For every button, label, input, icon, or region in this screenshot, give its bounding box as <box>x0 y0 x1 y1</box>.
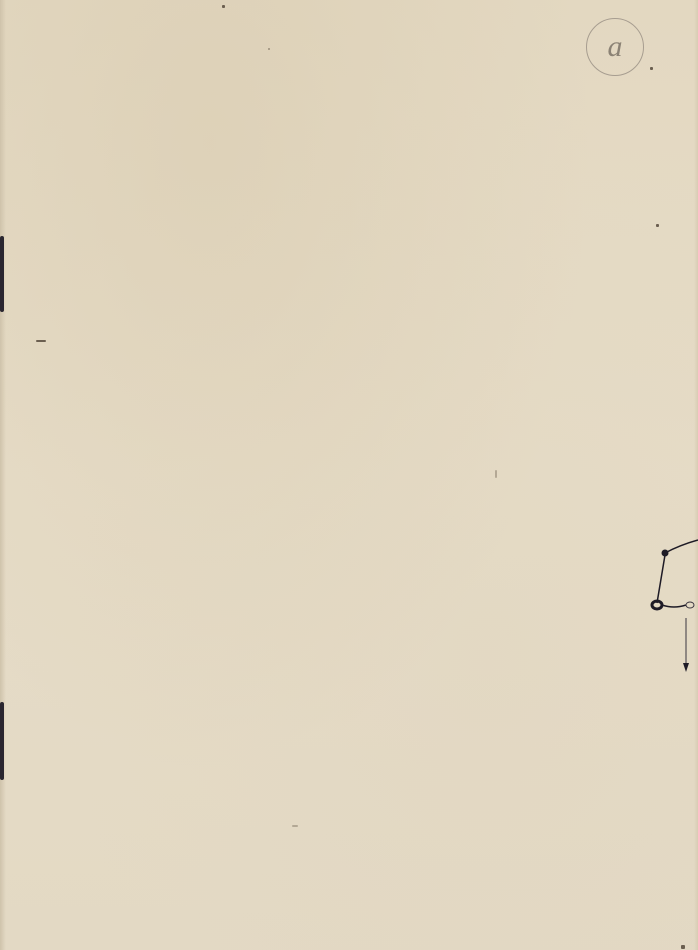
staple-bottom <box>0 702 4 780</box>
paper-speck <box>222 5 225 8</box>
paper-speck <box>650 67 653 70</box>
ink-pendulum-sketch-icon <box>640 535 698 675</box>
circled-letter-mark: a <box>586 18 644 76</box>
spine-shadow <box>0 0 6 950</box>
paper-speck <box>36 340 46 342</box>
paper-speck <box>495 470 497 478</box>
handwritten-letter: a <box>608 32 623 62</box>
paper-speck <box>656 224 659 227</box>
staple-top <box>0 236 4 312</box>
right-edge <box>694 0 698 950</box>
paper-speck <box>268 48 270 50</box>
paper-speck <box>681 945 685 949</box>
paper-speck <box>292 825 298 827</box>
booklet-cover: a <box>0 0 698 950</box>
